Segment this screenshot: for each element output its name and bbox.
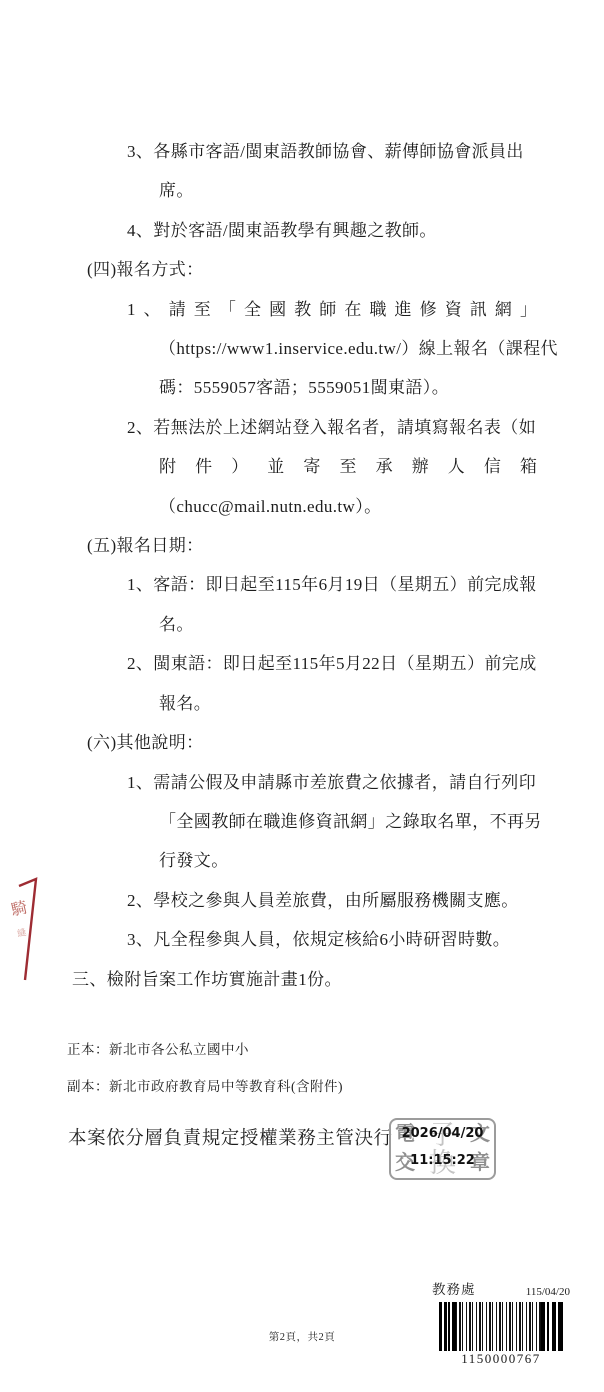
stamp-time: 11:15:22 (391, 1153, 494, 1168)
body-line: 4、對於客語/閩東語教學有興趣之教師。 (127, 211, 604, 250)
body-line: 2、若無法於上述網站登入報名者，請填寫報名表（如 (127, 408, 604, 447)
body-line: 報名。 (159, 684, 604, 723)
body-line: 3、各縣市客語/閩東語教師協會、薪傳師協會派員出 (127, 132, 604, 171)
body-line: 附件）並寄至承辦人信箱 (159, 447, 537, 486)
body-line: 3、凡全程參與人員，依規定核給6小時研習時數。 (127, 920, 604, 959)
barcode-number: 1150000767 (439, 1351, 563, 1367)
body-line: 名。 (159, 605, 604, 644)
document-page: 騎 縫 3、各縣市客語/閩東語教師協會、薪傳師協會派員出 席。 4、對於客語/閩… (0, 0, 604, 1392)
body-line: 席。 (159, 171, 604, 210)
section-heading: (五)報名日期： (87, 526, 604, 565)
body-line: 碼：5559057客語；5559051閩東語）。 (159, 368, 604, 407)
body-line: 三、檢附旨案工作坊實施計畫1份。 (72, 960, 604, 999)
body-line: 2、閩東語：即日起至115年5月22日（星期五）前完成 (127, 644, 604, 683)
body-line: 行發文。 (159, 841, 604, 880)
document-body: 3、各縣市客語/閩東語教師協會、薪傳師協會派員出 席。 4、對於客語/閩東語教學… (0, 132, 604, 999)
body-line: 「全國教師在職進修資訊網」之錄取名單，不再另 (159, 802, 604, 841)
electronic-exchange-stamp: 子 換 電 文 交 章 2026/04/20 11:15:22 (389, 1118, 496, 1180)
dept-label: 教務處 (432, 1278, 476, 1298)
decision-line: 本案依分層負責規定授權業務主管決行 (68, 1124, 393, 1150)
body-line: （https://www1.inservice.edu.tw/）線上報名（課程代 (159, 329, 604, 368)
body-line: （chucc@mail.nutn.edu.tw）。 (159, 487, 604, 526)
dept-row: 教務處 115/04/20 (432, 1278, 570, 1298)
body-line: 1、需請公假及申請縣市差旅費之依據者，請自行列印 (127, 763, 604, 802)
stamp-date: 2026/04/20 (391, 1126, 494, 1141)
dept-date: 115/04/20 (526, 1286, 570, 1298)
section-heading: (四)報名方式： (87, 250, 604, 289)
recipient-original: 正本：新北市各公私立國中小 (67, 1031, 343, 1068)
section-heading: (六)其他說明： (87, 723, 604, 762)
recipient-copy: 副本：新北市政府教育局中等教育科(含附件) (67, 1068, 343, 1105)
body-line: 2、學校之參與人員差旅費，由所屬服務機關支應。 (127, 881, 604, 920)
body-line: 1、請至「全國教師在職進修資訊網」 (127, 290, 537, 329)
page-footer: 第2頁，共2頁 (0, 1329, 604, 1344)
recipients-block: 正本：新北市各公私立國中小 副本：新北市政府教育局中等教育科(含附件) (67, 1031, 343, 1105)
body-line: 1、客語：即日起至115年6月19日（星期五）前完成報 (127, 565, 604, 604)
